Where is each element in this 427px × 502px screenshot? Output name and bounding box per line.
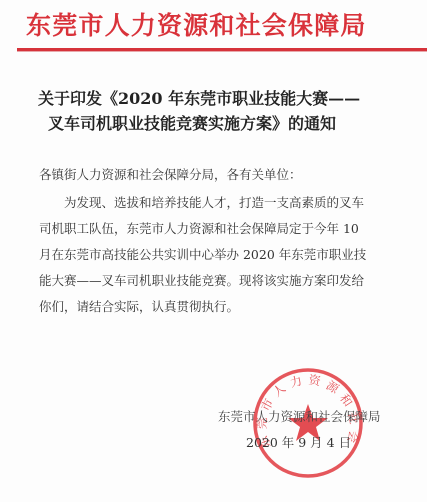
signature-date: 2020 年 9 月 4 日 [246, 433, 351, 451]
body-line: 能大赛——叉车司机职业技能竞赛。现将该实施方案印发给 [39, 268, 409, 294]
signature-agency: 东莞市人力资源和社会保障局 [218, 407, 381, 425]
body-line: 你们，请结合实际，认真贯彻执行。 [39, 294, 409, 320]
body-line: 月在东莞市高技能公共实训中心举办 2020 年东莞市职业技 [39, 242, 409, 268]
document-title-line-1: 关于印发《2020 年东莞市职业技能大赛—— [38, 86, 418, 111]
body-line: 为发现、选拔和培养技能人才，打造一支高素质的叉车 [39, 190, 409, 216]
body-line: 司机职工队伍，东莞市人力资源和社会保障局定于今年 10 [39, 216, 409, 242]
document-title-line-2: 叉车司机职业技能竞赛实施方案》的通知 [38, 111, 418, 136]
document-title: 关于印发《2020 年东莞市职业技能大赛—— 叉车司机职业技能竞赛实施方案》的通… [38, 86, 418, 136]
letterhead-title: 东莞市人力资源和社会保障局 [26, 6, 367, 42]
body-text: 为发现、选拔和培养技能人才，打造一支高素质的叉车 司机职工队伍，东莞市人力资源和… [39, 190, 409, 320]
salutation: 各镇街人力资源和社会保障分局，各有关单位： [39, 165, 302, 183]
letterhead-rule-thin [17, 51, 427, 52]
